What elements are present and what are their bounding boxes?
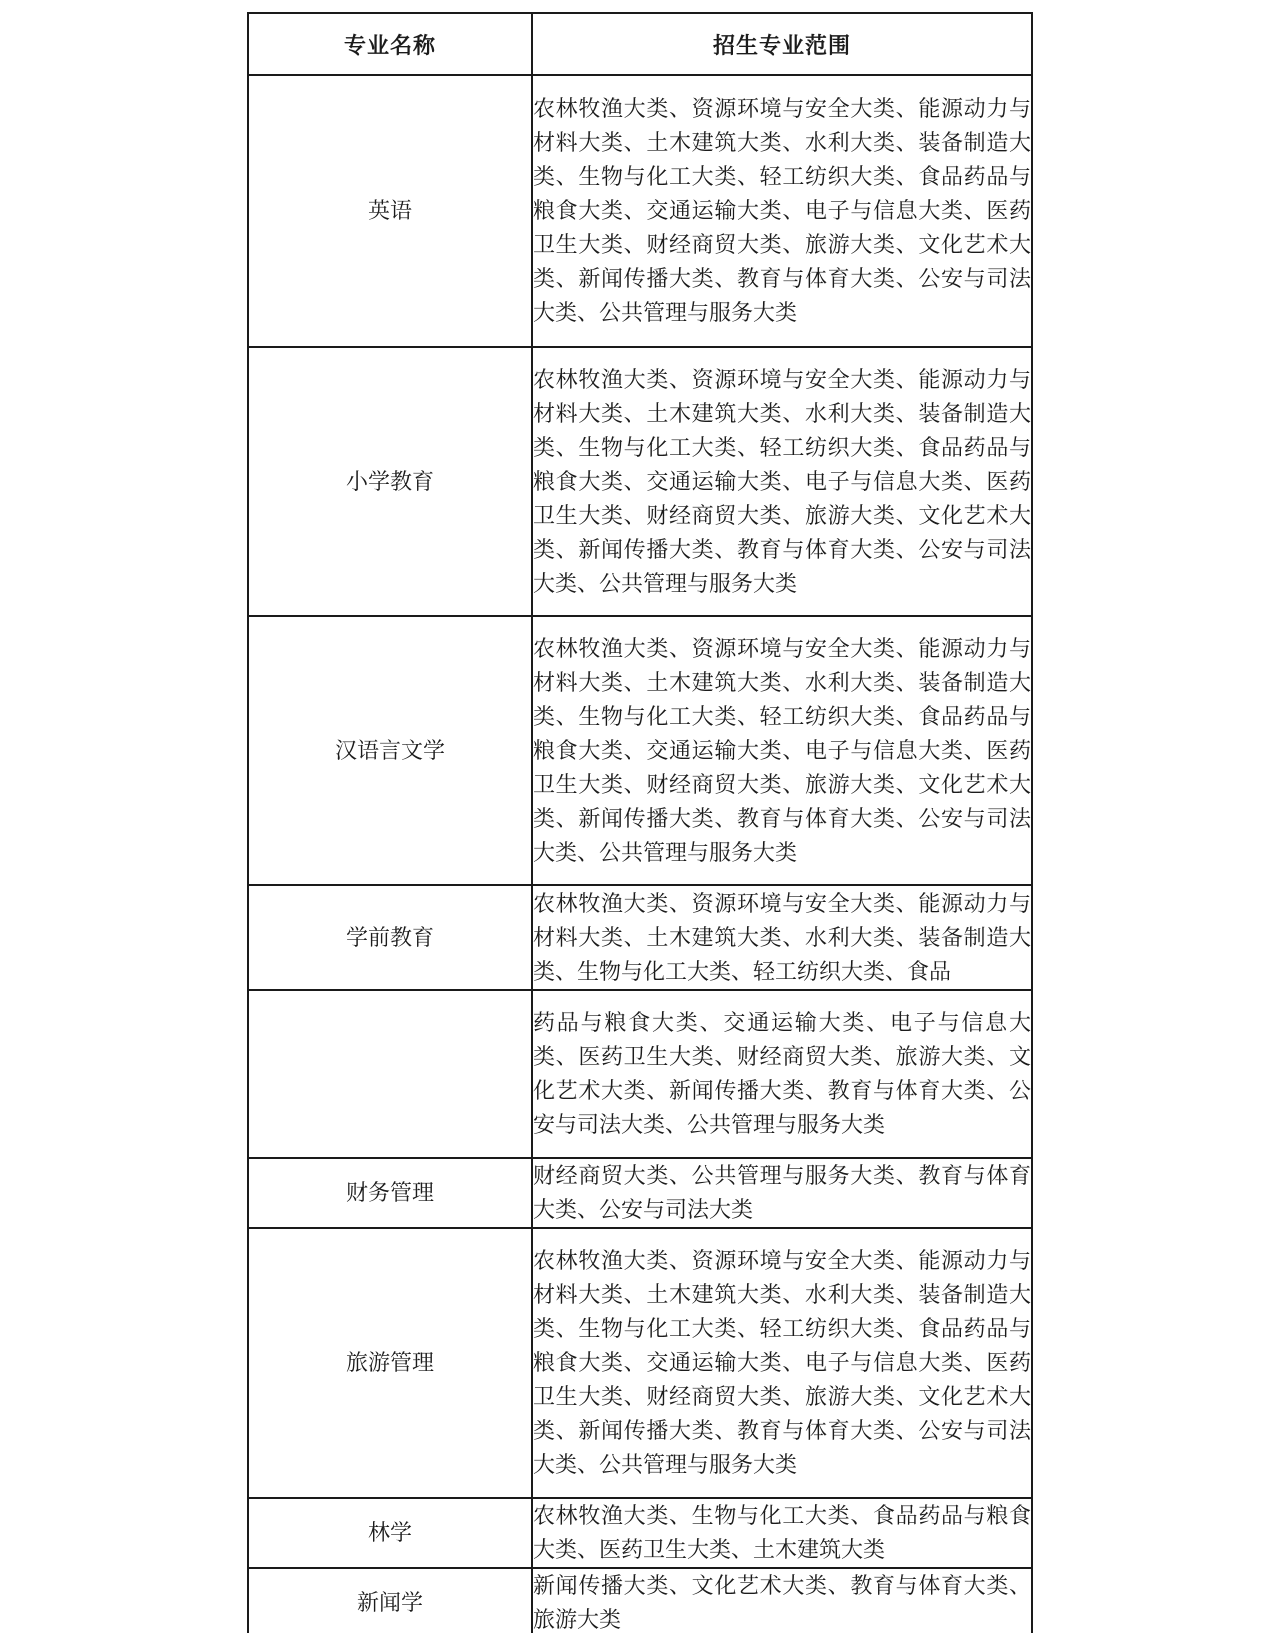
table-header-row: 专业名称 招生专业范围 (248, 13, 1032, 75)
table-row: 英语 农林牧渔大类、资源环境与安全大类、能源动力与材料大类、土木建筑大类、水利大… (248, 75, 1032, 347)
scope-cell: 农林牧渔大类、生物与化工大类、食品药品与粮食大类、医药卫生大类、土木建筑大类 (532, 1498, 1032, 1568)
scope-cell: 财经商贸大类、公共管理与服务大类、教育与体育大类、公安与司法大类 (532, 1158, 1032, 1228)
table-row: 汉语言文学 农林牧渔大类、资源环境与安全大类、能源动力与材料大类、土木建筑大类、… (248, 616, 1032, 885)
admission-majors-table: 专业名称 招生专业范围 英语 农林牧渔大类、资源环境与安全大类、能源动力与材料大… (247, 12, 1033, 1633)
scope-cell: 农林牧渔大类、资源环境与安全大类、能源动力与材料大类、土木建筑大类、水利大类、装… (532, 885, 1032, 990)
table-row: 学前教育 农林牧渔大类、资源环境与安全大类、能源动力与材料大类、土木建筑大类、水… (248, 885, 1032, 990)
scope-cell: 新闻传播大类、文化艺术大类、教育与体育大类、旅游大类 (532, 1568, 1032, 1633)
major-cell: 林学 (248, 1498, 532, 1568)
major-cell: 汉语言文学 (248, 616, 532, 885)
major-cell: 小学教育 (248, 347, 532, 616)
major-cell: 新闻学 (248, 1568, 532, 1633)
scope-cell: 药品与粮食大类、交通运输大类、电子与信息大类、医药卫生大类、财经商贸大类、旅游大… (532, 990, 1032, 1158)
scope-cell: 农林牧渔大类、资源环境与安全大类、能源动力与材料大类、土木建筑大类、水利大类、装… (532, 347, 1032, 616)
scope-cell: 农林牧渔大类、资源环境与安全大类、能源动力与材料大类、土木建筑大类、水利大类、装… (532, 616, 1032, 885)
table-row: 新闻学 新闻传播大类、文化艺术大类、教育与体育大类、旅游大类 (248, 1568, 1032, 1633)
major-cell-empty (248, 990, 532, 1158)
major-cell: 学前教育 (248, 885, 532, 990)
major-cell: 财务管理 (248, 1158, 532, 1228)
scope-cell: 农林牧渔大类、资源环境与安全大类、能源动力与材料大类、土木建筑大类、水利大类、装… (532, 1228, 1032, 1498)
major-cell: 英语 (248, 75, 532, 347)
table-row: 药品与粮食大类、交通运输大类、电子与信息大类、医药卫生大类、财经商贸大类、旅游大… (248, 990, 1032, 1158)
header-major-name: 专业名称 (248, 13, 532, 75)
table-row: 小学教育 农林牧渔大类、资源环境与安全大类、能源动力与材料大类、土木建筑大类、水… (248, 347, 1032, 616)
table-row: 林学 农林牧渔大类、生物与化工大类、食品药品与粮食大类、医药卫生大类、土木建筑大… (248, 1498, 1032, 1568)
table-row: 财务管理 财经商贸大类、公共管理与服务大类、教育与体育大类、公安与司法大类 (248, 1158, 1032, 1228)
scope-cell: 农林牧渔大类、资源环境与安全大类、能源动力与材料大类、土木建筑大类、水利大类、装… (532, 75, 1032, 347)
table-row: 旅游管理 农林牧渔大类、资源环境与安全大类、能源动力与材料大类、土木建筑大类、水… (248, 1228, 1032, 1498)
major-cell: 旅游管理 (248, 1228, 532, 1498)
header-scope: 招生专业范围 (532, 13, 1032, 75)
document-page: 专业名称 招生专业范围 英语 农林牧渔大类、资源环境与安全大类、能源动力与材料大… (0, 0, 1280, 1633)
